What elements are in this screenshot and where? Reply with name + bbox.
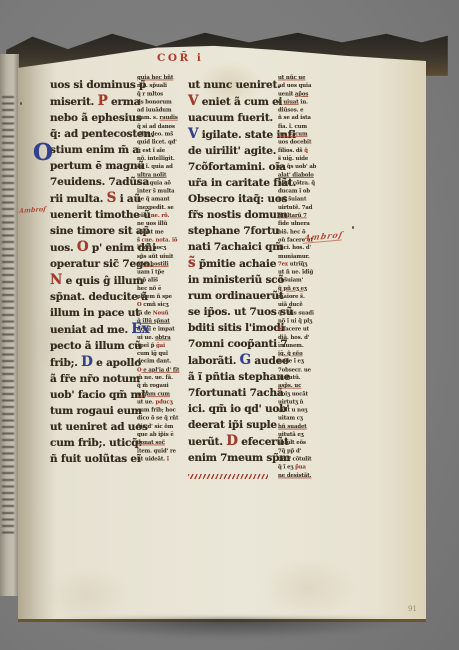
text-segment: enim 7meum sp̃m [188,452,290,464]
text-line: uerũt. D efecerũt [188,433,282,450]
page-shadow [10,618,450,644]
text-segment: uerũt. [188,436,226,448]
page-fore-edge [424,58,444,620]
text-line: decr̃ cõtulit [278,454,319,462]
colored-initial: P [98,93,108,109]
text-line: s̃ uiḡ. uide [278,154,319,162]
text-segment: ei. ĩ. quia ad [137,163,173,170]
text-segment: nati 7achaici qm̃ [188,241,283,253]
text-line: õia d' sic õm [137,422,178,430]
text-segment: uiuat [283,98,298,105]
gloss-column-outer: ut nũc uead uos quiauenit ap̃osq̃ uiuat … [278,73,319,479]
text-line: ducam ĩ ob [278,187,319,195]
text-line: uirtutʒ n̄ [278,398,319,406]
text-segment: õia d' sic õm [137,423,173,430]
gloss-column-inner: quia hec bñtma. sp̃ualiq̃ r mltosds bono… [137,73,178,463]
text-line: N e quis ĝ illum [50,272,142,289]
text-line: miserit. P erma [50,93,142,110]
text-segment: rii multa. [50,193,107,205]
text-line: ñ fuit uolũtas eĩ [50,451,142,467]
text-line: lr̃ diĩ nocʒ [137,243,178,251]
text-segment: e. r. quia aõ [137,179,171,186]
text-segment: e quis ĝ illum [62,275,143,287]
text-line: ne q̃ amant [137,195,178,203]
text-line: frib;. D e apollo [50,354,142,371]
text-segment: ne desistãt. [278,471,311,478]
text-segment: bditi sitis l'imodi [188,322,284,334]
text-segment: q̃ ĩ eʒ [278,463,293,470]
text-line: ti s̃uiam' [278,276,319,284]
text-segment: 7 p̃ alis̃ [137,277,158,284]
text-line: ut nũc ue [278,73,319,81]
text-segment: multarũ 7 [278,212,307,219]
text-line: na. s̃. cum [278,130,319,138]
text-segment: s̃ uult eõs [278,439,306,446]
text-line: ne desistãt. [278,471,319,479]
text-line: ut uideãt. ĩ [137,454,178,462]
text-line: uenerit timothe ũ [50,207,142,223]
text-segment: ne q̃ amant [137,195,170,202]
colored-initial: O [77,239,89,255]
text-segment: ap̃os [295,90,308,97]
text-line: ueniat ad me. Ex [50,321,142,338]
text-line: 7fortunati 7achã [188,385,282,401]
text-segment: dico õ se q̃ rñt [137,415,178,422]
facing-page-edge [0,54,19,596]
text-segment: alat' diabolo [278,171,314,178]
text-line: donat soc̃ [137,438,178,446]
text-segment: cue. nota. iõ [142,236,178,243]
text-line: 7q̃ pp̃ d' [278,446,319,454]
text-line: fide ulnera [278,219,319,227]
text-line: q̃ pñ eʒ eʒ [278,284,319,292]
text-line: 7cõfortamini. oĩa [188,159,282,175]
text-segment: hec nõ ē [137,285,161,292]
text-segment: ã ĩ pñtia stephane [188,371,290,383]
text-segment: hoiʒ uocãt [278,390,308,397]
text-line: dici. hos. d' [278,243,319,251]
text-line: O cmñ sicʒ [137,300,178,308]
text-line: se ip̃os. ut 7uos sũ [188,304,282,320]
text-line: uos docebit [278,138,319,146]
text-segment: īmunem. [278,341,304,348]
manuscript-photo: COR̄ i uos si dominus p̃miserit. P erman… [0,0,459,650]
text-line: cum ĩḡ quĩ [137,349,178,357]
text-line: pertum ē magnũ [50,158,142,174]
text-segment: dici. hos. d' [278,244,311,251]
text-segment: uenit [278,90,295,97]
text-line: 7obsecr. ue [278,365,319,373]
text-line: de aĩ e impat [137,325,178,333]
text-segment: bis̃. hec õ [278,228,305,235]
text-segment: cum ĩḡ quĩ [137,350,168,357]
text-line: ad iuuãdum [137,105,178,113]
text-segment: uult u noʒ [278,406,307,413]
text-segment: asp̃s. uc [278,382,301,389]
text-line: ã fr̃e nr̃o notum [50,371,142,387]
text-line: O e apl'ia d' fit [137,365,178,373]
text-segment: filios. ds̃ [278,147,304,154]
text-line: ne q̃s uob' ab [278,162,319,170]
text-line [188,466,282,484]
text-segment: q̃ pñ eʒ eʒ [278,285,307,292]
text-line: ã ĩ pñtia stephane [188,369,282,385]
text-segment: sp̃nat me [137,228,164,235]
text-segment: ici. qm̃ io qd' uob' [188,403,289,415]
text-line: uenit ap̃os [278,89,319,97]
text-segment: q̃ si ad danos [137,122,175,129]
text-line: quia hec bñt [137,73,178,81]
text-segment: Obsecro itaq̃: uos [188,193,287,205]
text-segment: ultra nolit [137,171,166,178]
marginal-note-right: Ambroſ [303,229,345,244]
text-segment: sp̃nat. deducite ã [50,291,148,303]
text-segment: Nouũ [153,309,169,316]
text-segment: que ab ip̃is ē [137,431,174,438]
text-line: rogam cum [137,390,178,398]
text-segment: q̃ m̃ rogaui [137,382,169,389]
text-segment: frib;. [50,357,81,369]
text-line: rum ordinauerũt [188,288,282,304]
text-line: V igilate. state infi [188,126,282,143]
text-segment: e apollo [93,357,141,369]
text-line: pam. s. raudis [137,114,178,122]
text-segment: pam. s. [137,114,160,121]
text-segment: ma. sp̃uali [137,82,167,89]
text-segment: erma [108,96,141,108]
text-line: uigi. cõtra. q̃ [278,179,319,187]
text-segment: item. quid' re [137,447,176,454]
text-segment: silia deo. ms̃ [137,130,173,137]
text-line: filios. ds̃ q̃ [278,146,319,154]
text-segment: decim dant. [137,358,171,365]
text-segment: ad iuuãdum [137,106,172,113]
text-line: V eniet ã cum ei [188,93,282,110]
text-line: ms̃ s̃uiant [278,195,319,203]
text-segment: na. s̃. cum [278,130,308,137]
text-line: fia. ĩ. cum [278,122,319,130]
text-line: inter s̃ multa [137,187,178,195]
text-line: 7ex utrĩq̃ʒ [278,260,319,268]
text-segment: uade ĩ eʒ [278,358,304,365]
text-line: cum frib;. uticq̃: [50,435,142,451]
text-line: ad uos quia [278,81,319,89]
text-segment: utrĩq̃ʒ [288,260,307,267]
colored-initial: D [81,354,93,370]
text-line: uade ĩ eʒ [278,357,319,365]
text-segment: ducam ĩ ob [278,187,310,194]
text-line: inexpedit. se [137,203,178,211]
text-segment: p̃mitie achaie [195,258,276,270]
text-segment: rum ordinauerũt [188,290,284,302]
text-segment: nõ. intelligit. [137,155,175,162]
text-segment: ut ñ ue. ĩdiḡ [278,268,313,275]
text-line: quid licet. qd' [137,138,178,146]
text-line: diũsos. e [278,105,319,113]
text-line: item. quid' re [137,446,178,454]
text-segment: de aĩ e impat [137,325,175,332]
text-segment: maiore s̃. [278,293,305,300]
text-segment: 7fortunati 7achã [188,387,284,399]
text-line: ultra nolit [137,170,178,178]
colored-initial: S [107,190,117,206]
ink-speck [352,226,354,229]
text-segment: ne uos illũ [137,220,167,227]
text-segment: in ministeriũ scõ [188,274,284,286]
main-text-column-left: uos si dominus p̃miserit. P ermanebo ã e… [50,77,142,467]
text-line: uitutã eʒ [278,430,319,438]
text-segment: obtra [155,333,171,340]
text-line: silia deo. ms̃ [137,130,178,138]
text-line: fr̃s nostis domum [188,207,282,223]
text-segment: m̃ ne. ue. fã. [137,374,173,381]
text-segment: uirtutʒ n̄ [278,398,303,405]
text-segment: muniamur. [278,252,310,259]
text-segment: uigi. cõtra. q̃ [278,179,315,186]
text-segment: ti s̃uiam' [278,277,303,284]
colored-initial: V [188,93,198,109]
text-segment: pecto ã illum cũ [50,340,142,352]
text-segment: ḡai [156,341,165,348]
text-line: 7omni coop̃anti 7 [188,336,282,352]
text-line: que ab ip̃is ē [137,430,178,438]
text-line: cũe. ne. rõ. [137,211,178,219]
colored-initial: N [50,272,62,288]
text-line: ut ue. pducʒ [137,398,178,406]
text-segment: tum rogaui eum [50,405,142,417]
text-line: bditi sitis l'imodi [188,320,282,336]
text-line: q̃ m̃ rogaui [137,381,178,389]
text-line: ap's hostili [137,260,178,268]
text-segment: ĝ illũ sp̃nat [137,317,170,324]
text-segment: 7omni coop̃anti 7 [188,338,287,350]
text-segment: cmñ sicʒ [142,301,169,308]
text-line: ut ueniret ad uos [50,419,142,435]
text-line: q̃ uiuat in. [278,97,319,105]
text-segment: facere ut [281,325,309,332]
text-segment: nõ ĩ ui q̃ plʒ [278,317,312,324]
text-line: īmunem. [278,341,319,349]
text-segment: fia. ĩ. cum [278,122,307,129]
text-line: plõem ñ spe [137,292,178,300]
text-line: illum in pace ut [50,305,142,321]
text-line: stephane 7fortu [188,223,282,239]
text-segment: uenerit timothe ũ [50,209,151,221]
text-line: sine timore sit ap̃ [50,223,142,239]
text-line: decim dant. [137,357,178,365]
text-line: 7euidens. 7adũsa [50,174,142,190]
text-segment: decr̃ cõtulit [278,455,312,462]
text-line: q̃ est ĩ aĩe [137,146,178,154]
text-line: ñ se ad ista [278,114,319,122]
text-segment: plõem ñ spe [137,293,172,300]
text-segment: ut uideãt. [137,455,167,462]
text-line: q̃: ad pentecosten. [50,126,142,142]
text-segment: deerat ip̃i suple [188,419,277,431]
text-segment: ne q̃s uob' ab [278,163,316,170]
text-line: rii multa. S i aũ [50,190,142,207]
text-segment: inter s̃ multa [137,187,175,194]
text-line: ĝ illũ sp̃nat [137,316,178,324]
text-segment: fide ulnera [278,220,310,227]
text-line: ne uos illũ [137,219,178,227]
folio-number: 91 [408,605,417,613]
text-line: q̃ r mltos [137,89,178,97]
text-line: laborãti. G audeo [188,352,282,369]
text-line: dico õ se q̃ rñt [137,414,178,422]
text-line: sp̃s aũt uiuit [137,252,178,260]
text-line: nõ. intelligit. [137,154,178,162]
colored-initial: G [240,352,251,368]
text-line: uos si dominus p̃ [50,77,142,93]
text-segment: ñ se ad ista [278,114,311,121]
text-line: deerat ip̃i suple [188,417,282,433]
rubric-line-filler [188,474,268,479]
text-line: sp̃nat me [137,227,178,235]
text-segment: 7cõfortamini. oĩa [188,161,286,173]
text-line: ds bonorum [137,97,178,105]
text-segment: ui ue. [137,333,155,340]
text-line: operatur sic̃ 7ego. [50,256,142,272]
facing-page-text-lines [2,96,14,538]
text-line: ei. ĩ. quia ad [137,162,178,170]
text-line: ici. qm̃ io qd' uob' [188,401,282,417]
text-segment: sine timore sit ap̃ [50,225,150,237]
text-segment: eniet ã cum ei [198,96,282,108]
text-line: s̃ uult eõs [278,438,319,446]
text-segment: de uirilit' agite. [188,145,276,157]
text-segment: inexpedit. se [137,204,174,211]
text-segment: raudis [160,114,178,121]
text-line: maiore s̃. [278,292,319,300]
text-segment: ap's hostili [137,260,169,267]
text-line: uos. O p' enim dñi [50,239,142,256]
text-line: hoiʒ uocãt [278,390,319,398]
text-segment: s̃ uiḡ. uide [278,155,308,162]
text-line: uult u noʒ [278,406,319,414]
text-line: s̃ p̃mitie achaie [188,255,282,272]
text-segment: q̃ r mltos [137,90,163,97]
text-line: 7 p̃ alis̃ [137,276,178,284]
text-line: pecto ã illum cũ [50,338,142,354]
text-line: in ministeriũ scõ [188,272,282,288]
text-segment: uirtutũ. [278,374,301,381]
running-title: COR̄ i [157,52,203,64]
text-segment: uirtutẽ. 7ad [278,204,312,211]
text-segment: ms̃ s̃uiant [278,195,306,202]
text-segment: uos. [50,242,77,254]
text-segment: diã. hos. d' [278,333,309,340]
text-segment: uitutã eʒ [278,431,304,438]
text-segment: ne. rõ. [151,212,169,219]
text-segment: ueniat ad me. [50,324,131,336]
text-line: muniamur. [278,252,319,260]
text-segment: hñ suadet [278,423,307,430]
text-line: tum rogaui eum [50,403,142,419]
text-line: ut nunc ueniret. [188,77,282,93]
colored-initial: D [226,433,238,449]
text-segment: ut nunc ueniret. [188,79,281,91]
text-segment: laborãti. [188,355,240,367]
text-segment: pertum ē magnũ [50,160,145,172]
text-line: ma. sp̃uali [137,81,178,89]
text-line: e. r. quia aõ [137,179,178,187]
text-line: cum frib; hoc [137,406,178,414]
text-line: uacuum fuerit. [188,110,282,126]
text-line: uitam cʒ [278,414,319,422]
text-line: ē facere ut [278,325,319,333]
text-segment: ut nũc ue [278,74,305,81]
text-segment: quia hec bñt [137,74,173,81]
text-segment: pducʒ [156,398,173,405]
text-segment: fr̃s nostis domum [188,209,288,221]
text-segment: 7q̃ pp̃ d' [278,447,301,454]
text-segment: 7obsecr. ue [278,366,311,373]
text-line: uob' facio qm̃ ml' [50,387,142,403]
text-segment: nebo ã ephesius [50,112,142,124]
text-segment: stium enim m̃ a [50,144,139,156]
text-line: nati 7achaici qm̃ [188,239,282,255]
text-line: xpeĩ p̃ ḡai [137,341,178,349]
text-segment: lr̃ diĩ nocʒ [137,244,166,251]
text-line: hñ suadet [278,422,319,430]
text-line: s̃ cue. nota. iõ [137,235,178,243]
colored-initial: V [188,126,198,142]
text-line: iḡ. q̃ eẽo [278,349,319,357]
text-segment: uos docebit [278,139,311,146]
text-segment: q̃ [304,147,308,154]
text-line: sp̃nat. deducite ã [50,289,142,305]
text-line: enim 7meum sp̃m [188,450,282,466]
text-line: alat' diabolo [278,170,319,178]
text-segment: rogam cum [137,390,170,397]
text-line: asp̃s. uc [278,381,319,389]
text-segment: illum in pace ut [50,307,140,319]
text-line: ui ue. obtra [137,333,178,341]
text-segment: ds bonorum [137,98,172,105]
text-line: diã. hos. d' [278,333,319,341]
text-segment: 7euidens. 7adũsa [50,176,149,188]
text-segment: p̃ua [293,463,306,470]
text-segment: ã fr̃e nr̃o notum [50,373,140,385]
text-segment: q̃ est ĩ aĩe [137,147,165,154]
text-segment: miserit. [50,96,98,108]
text-line: uam ĩ tp̃e [137,268,178,276]
text-line: uiã ducẽ [278,300,319,308]
text-segment: quid licet. qd' [137,139,177,146]
text-line: Ostium enim m̃ a [50,142,142,158]
text-segment: ĩ [167,455,169,462]
text-segment: ñ fuit uolũtas eĩ [50,453,141,465]
text-segment: iḡ. q̃ eẽo [278,350,303,357]
text-line: multarũ 7 [278,211,319,219]
text-line: nebo ã ephesius [50,110,142,126]
text-line: q̃ ĩ eʒ p̃ua [278,463,319,471]
text-segment: cũe. [137,212,151,219]
text-line: hec nõ ē [137,284,178,292]
text-line: ur̃a in caritate fiãt. [188,175,282,191]
text-segment: uam ĩ tp̃e [137,268,164,275]
text-line: uirtutẽ. 7ad [278,203,319,211]
text-segment: uitam cʒ [278,415,303,422]
text-line: uirtutũ. [278,373,319,381]
text-line: Obsecro itaq̃: uos [188,191,282,207]
text-segment: ut ue. [137,398,156,405]
text-segment: uos si dominus p̃ [50,79,146,91]
text-segment: stephane 7fortu [188,225,279,237]
text-segment: uacuum fuerit. [188,112,273,124]
text-segment: uob' facio qm̃ ml' [50,389,148,401]
